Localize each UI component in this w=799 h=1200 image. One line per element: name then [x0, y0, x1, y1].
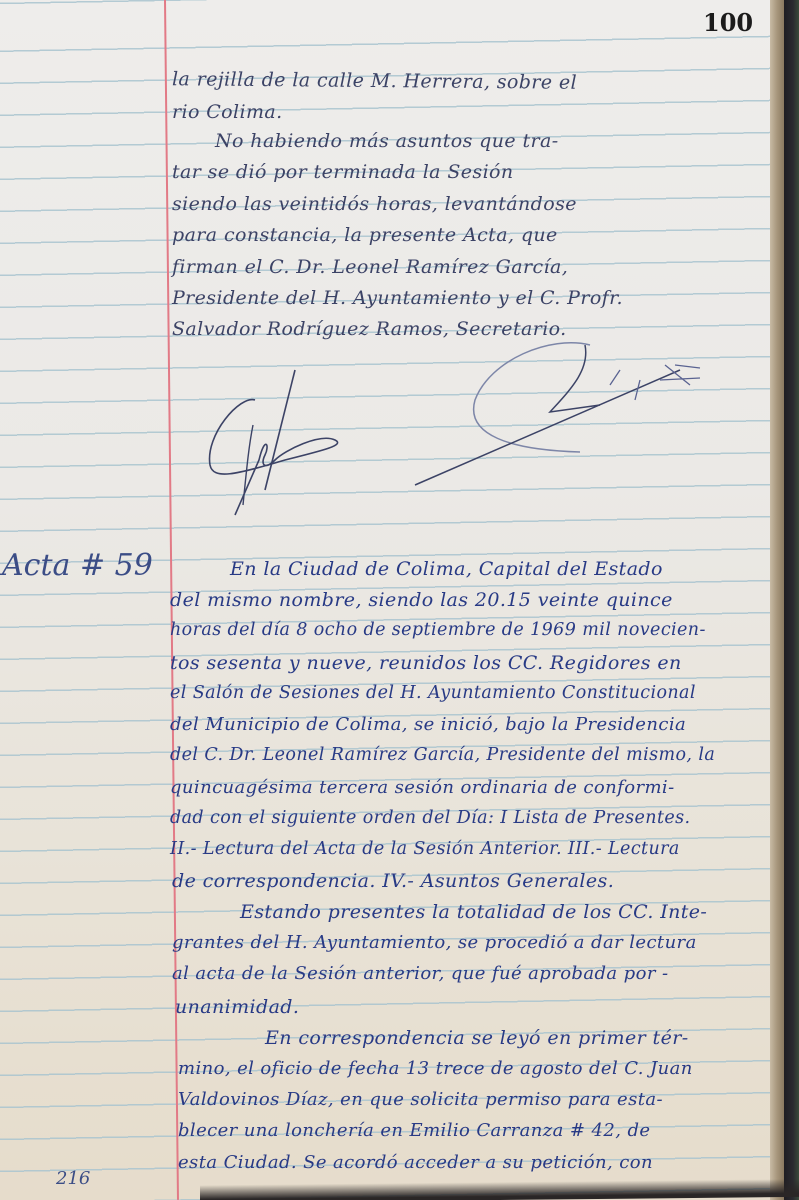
text-line: tar se dió por terminada la Sesión: [172, 161, 514, 183]
text-line: horas del día 8 ocho de septiembre de 19…: [170, 620, 706, 640]
signature-secretary: [400, 340, 710, 490]
signature-president: [195, 365, 395, 525]
text-line: al acta de la Sesión anterior, que fué a…: [172, 963, 668, 984]
text-line: Estando presentes la totalidad de los CC…: [240, 901, 707, 923]
text-line: mino, el oficio de fecha 13 trece de ago…: [178, 1058, 693, 1079]
text-line: del Municipio de Colima, se inició, bajo…: [170, 714, 686, 735]
page-edge: [770, 0, 784, 1200]
text-line: siendo las veintidós horas, levantándose: [172, 193, 577, 215]
text-line: rio Colima.: [172, 101, 283, 123]
text-line: En correspondencia se leyó en primer tér…: [265, 1027, 689, 1049]
text-line: Salvador Rodríguez Ramos, Secretario.: [172, 318, 567, 340]
text-line: II.- Lectura del Acta de la Sesión Anter…: [170, 839, 680, 859]
ledger-page: 100 la rejilla de la calle M. Herrera, s…: [0, 0, 772, 1200]
text-line: esta Ciudad. Se acordó acceder a su peti…: [178, 1152, 653, 1173]
text-line: dad con el siguiente orden del Día: I Li…: [170, 808, 691, 828]
text-line: para constancia, la presente Acta, que: [172, 224, 558, 246]
text-line: Presidente del H. Ayuntamiento y el C. P…: [172, 287, 623, 309]
book-binding: [784, 0, 799, 1200]
text-line: Valdovinos Díaz, en que solicita permiso…: [178, 1089, 663, 1110]
page-number: 100: [703, 8, 753, 37]
text-line: quincuagésima tercera sesión ordinaria d…: [170, 777, 675, 798]
text-line: unanimidad.: [175, 996, 299, 1018]
text-line: el Salón de Sesiones del H. Ayuntamiento…: [170, 683, 696, 703]
folio-number: 216: [56, 1168, 90, 1189]
text-line: blecer una lonchería en Emilio Carranza …: [178, 1120, 650, 1141]
text-line: la rejilla de la calle M. Herrera, sobre…: [172, 68, 577, 94]
text-line: grantes del H. Ayuntamiento, se procedió…: [172, 932, 697, 953]
text-line: No habiendo más asuntos que tra-: [215, 130, 559, 152]
act-number-label: Acta # 59: [2, 548, 153, 583]
text-line: del mismo nombre, siendo las 20.15 veint…: [170, 589, 673, 611]
text-line: firman el C. Dr. Leonel Ramírez García,: [172, 256, 568, 278]
text-line: del C. Dr. Leonel Ramírez García, Presid…: [170, 745, 715, 765]
text-line: En la Ciudad de Colima, Capital del Esta…: [230, 558, 663, 580]
text-line: tos sesenta y nueve, reunidos los CC. Re…: [170, 652, 682, 674]
text-line: de correspondencia. IV.- Asuntos General…: [172, 870, 614, 892]
